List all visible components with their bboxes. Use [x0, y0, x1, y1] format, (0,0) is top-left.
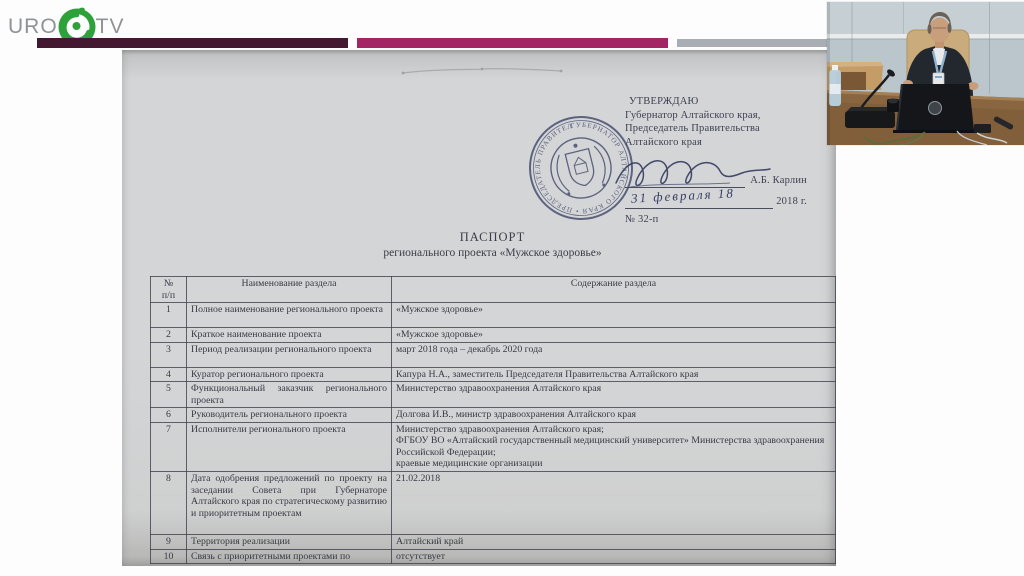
row-num: 9 [151, 535, 187, 550]
row-num: 7 [151, 422, 187, 471]
row-content: отсутствует [392, 549, 836, 564]
row-content: Долгова И.В., министр здравоохранения Ал… [392, 408, 836, 423]
header-content: Содержание раздела [392, 277, 836, 303]
table-row: 7 Исполнители регионального проекта Мини… [151, 422, 836, 471]
row-content: «Мужское здоровье» [392, 328, 836, 343]
row-num: 10 [151, 549, 187, 564]
table-row: 9 Территория реализации Алтайский край [151, 535, 836, 550]
row-content: Капура Н.А., заместитель Председателя Пр… [392, 367, 836, 382]
webcam-video [827, 2, 1024, 145]
row-name: Исполнители регионального проекта [187, 422, 392, 471]
approval-line: Председатель Правительства [625, 122, 807, 136]
signature-ink [610, 143, 810, 193]
logo-text-uro: URO [8, 15, 58, 39]
row-num: 6 [151, 408, 187, 423]
row-content: Алтайский край [392, 535, 836, 550]
row-num: 3 [151, 342, 187, 367]
logo-text-tv: TV [96, 15, 125, 39]
table-header-row: № п/п Наименование раздела Содержание ра… [151, 277, 836, 303]
row-name: Краткое наименование проекта [187, 328, 392, 343]
row-num: 2 [151, 328, 187, 343]
row-num: 8 [151, 472, 187, 535]
row-name: Руководитель регионального проекта [187, 408, 392, 423]
row-name: Функциональный заказчик регионального пр… [187, 382, 392, 408]
row-name: Полное наименование регионального проект… [187, 303, 392, 328]
presentation-slide: URO TV УТВЕРЖДАЮ Губернатор Алтайского к… [0, 0, 1024, 576]
hp-logo [929, 102, 942, 115]
hub-device [974, 124, 991, 133]
header-name: Наименование раздела [187, 277, 392, 303]
document-scan: УТВЕРЖДАЮ Губернатор Алтайского края, Пр… [122, 50, 836, 566]
row-num: 5 [151, 382, 187, 408]
date-row: 31 февраля 18 2018 г. [625, 195, 807, 209]
divider-bar-gray [677, 39, 827, 47]
approval-heading: УТВЕРЖДАЮ [625, 95, 807, 109]
table-row: 10 Связь с приоритетными проектами по от… [151, 549, 836, 564]
table-row: 4 Куратор регионального проекта Капура Н… [151, 367, 836, 382]
row-num: 1 [151, 303, 187, 328]
row-name: Связь с приоритетными проектами по [187, 549, 392, 564]
table-row: 1 Полное наименование регионального прое… [151, 303, 836, 328]
row-content: Министерство здравоохранения Алтайского … [392, 382, 836, 408]
passport-table: № п/п Наименование раздела Содержание ра… [150, 276, 836, 564]
row-name: Куратор регионального проекта [187, 367, 392, 382]
webcam-scene [827, 2, 1024, 145]
title-line1: ПАСПОРТ [150, 230, 835, 245]
approval-line: Губернатор Алтайского края, [625, 109, 807, 123]
document-number: № 32-п [625, 213, 807, 227]
divider-bar-magenta [357, 38, 668, 48]
title-line2: регионального проекта «Мужское здоровье» [150, 247, 835, 259]
header-num: № п/п [151, 277, 187, 303]
row-name: Дата одобрения предложений по проекту на… [187, 472, 392, 535]
paper-crease [400, 66, 565, 76]
row-content: «Мужское здоровье» [392, 303, 836, 328]
water-bottle [829, 65, 841, 106]
table-row: 3 Период реализации регионального проект… [151, 342, 836, 367]
row-num: 4 [151, 367, 187, 382]
row-content: Министерство здравоохранения Алтайского … [392, 422, 836, 471]
laptop [893, 84, 977, 133]
speaker-head [929, 18, 950, 43]
row-content: 21.02.2018 [392, 472, 836, 535]
table-row: 6 Руководитель регионального проекта Дол… [151, 408, 836, 423]
row-content: март 2018 года – декабрь 2020 года [392, 342, 836, 367]
document-title: ПАСПОРТ регионального проекта «Мужское з… [150, 230, 835, 259]
row-name: Территория реализации [187, 535, 392, 550]
row-name: Период реализации регионального проекта [187, 342, 392, 367]
divider-bar-dark [37, 38, 348, 48]
table-row: 2 Краткое наименование проекта «Мужское … [151, 328, 836, 343]
table-row: 5 Функциональный заказчик регионального … [151, 382, 836, 408]
printed-year: 2018 г. [776, 195, 807, 209]
table-row: 8 Дата одобрения предложений по проекту … [151, 472, 836, 535]
